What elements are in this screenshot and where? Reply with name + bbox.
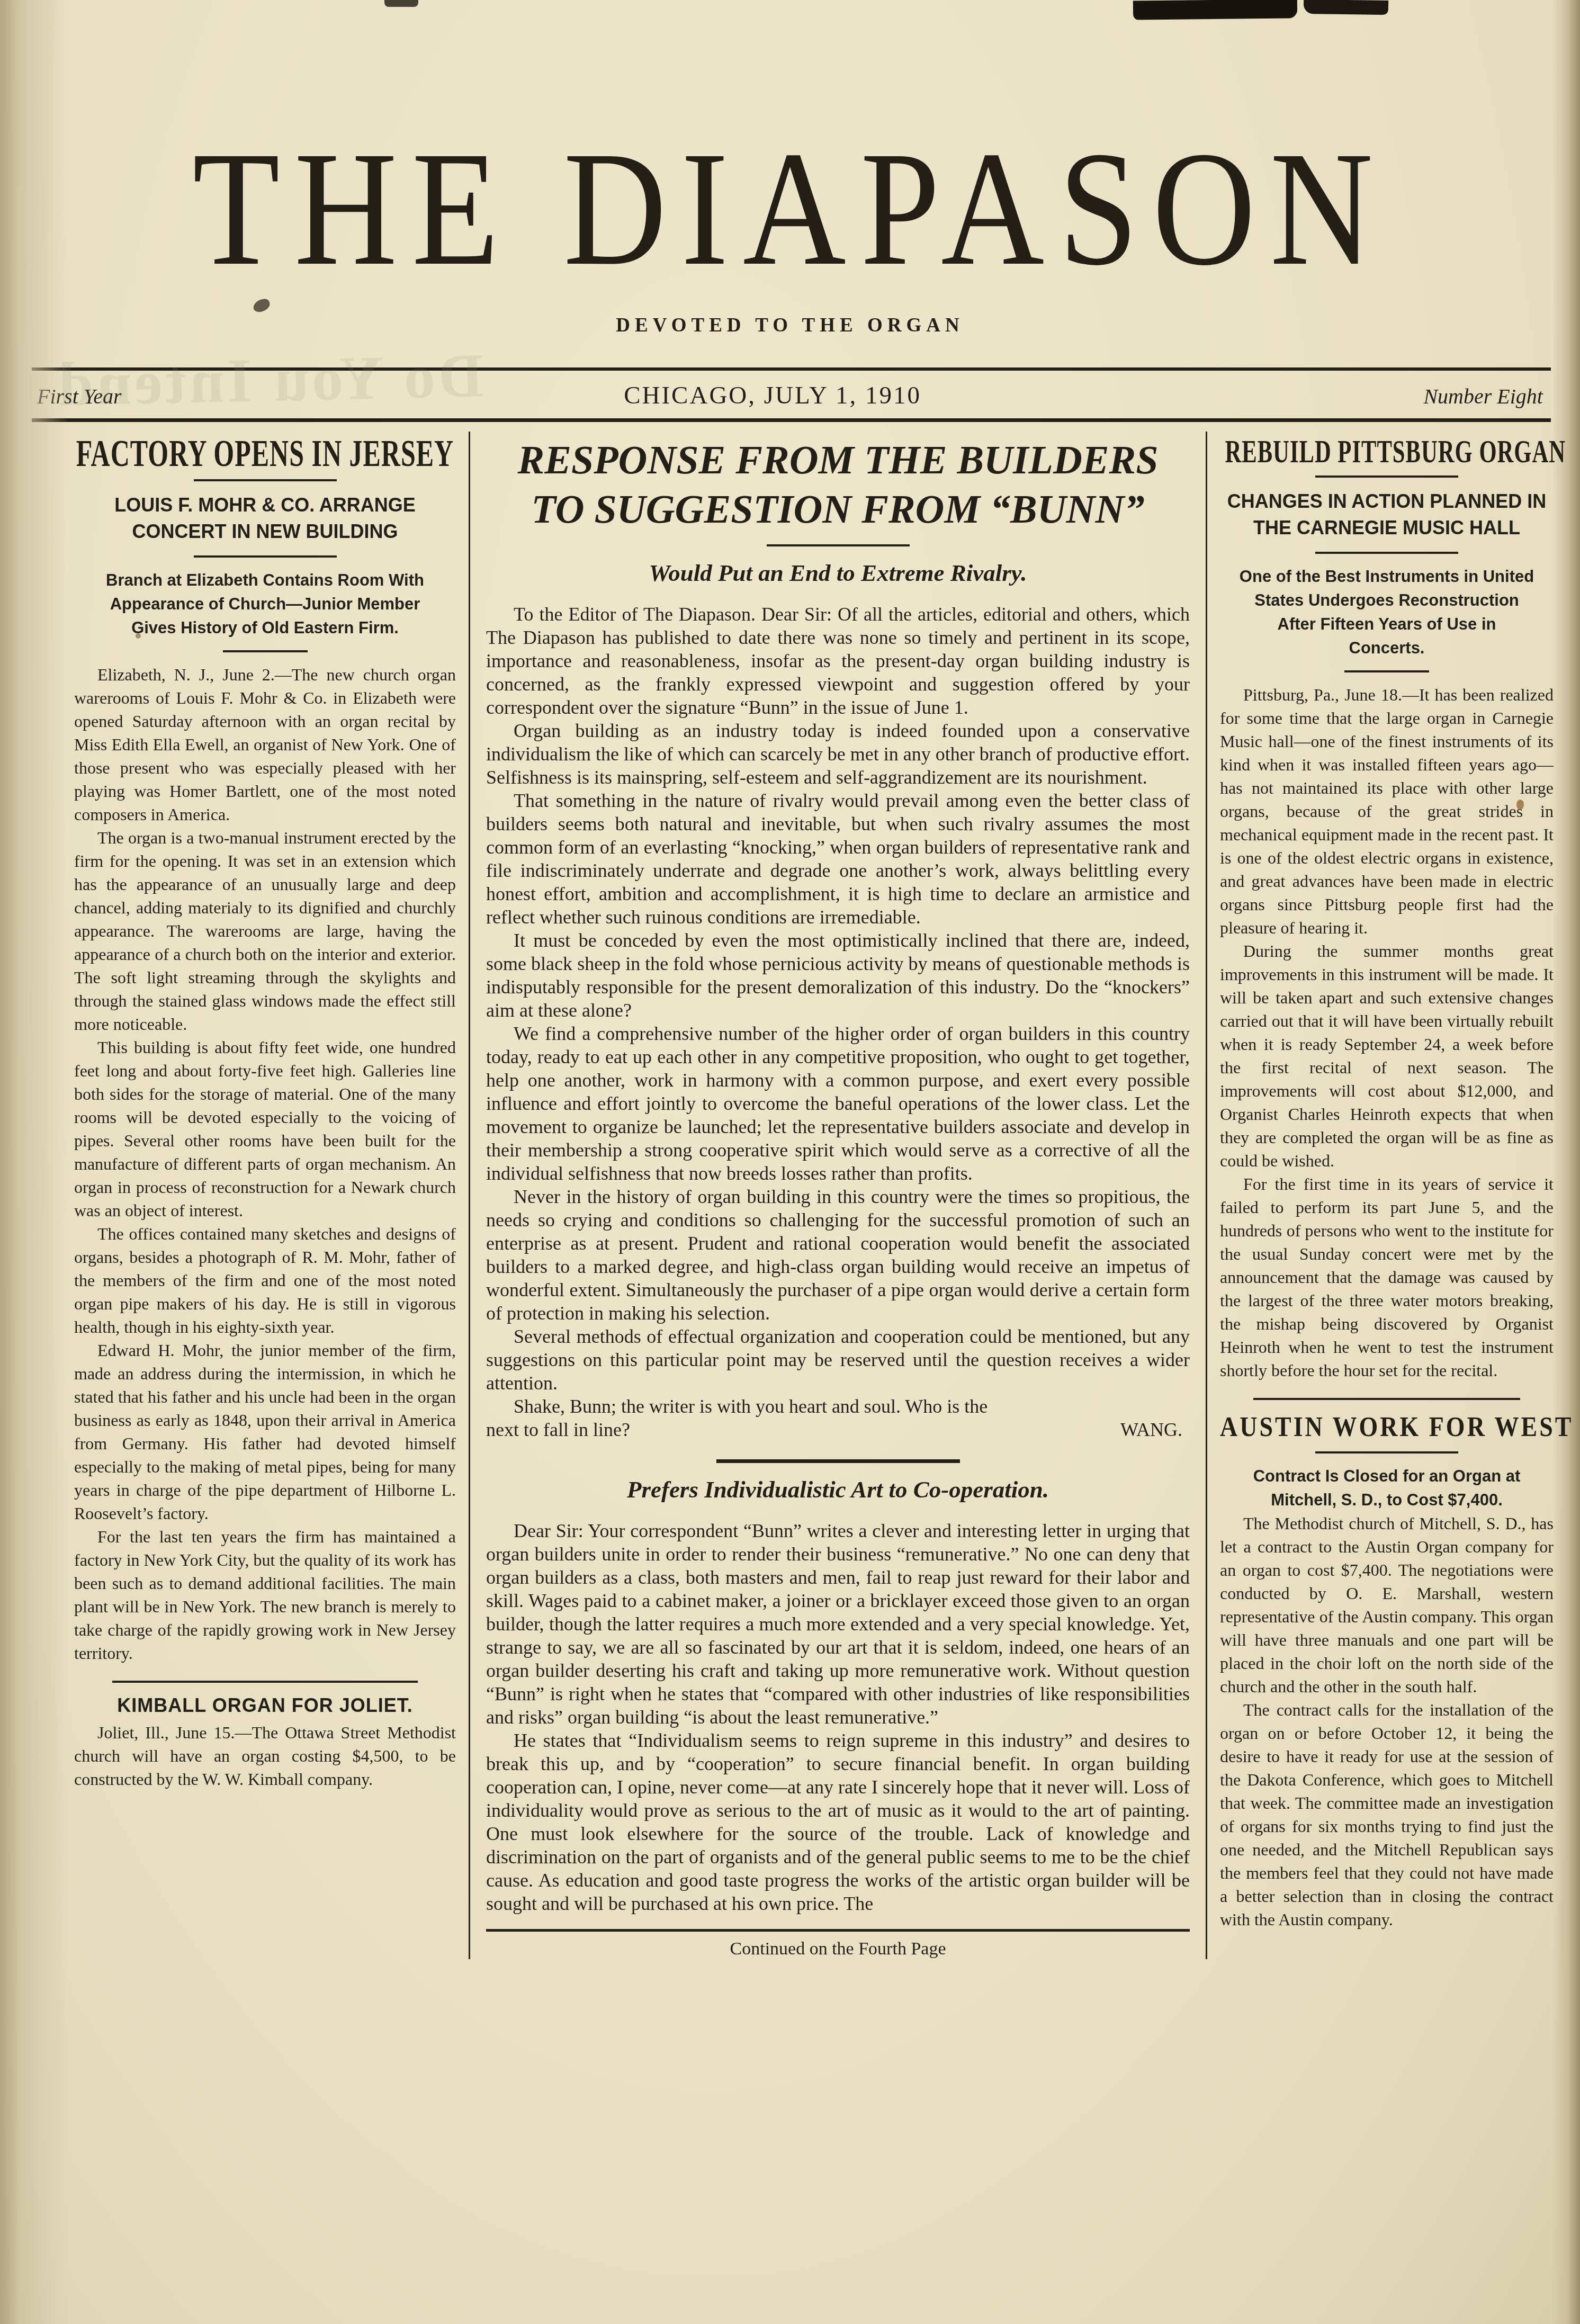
divider-rule	[223, 650, 308, 652]
headline-line-2: TO SUGGESTION FROM “BUNN”	[532, 487, 1145, 532]
paragraph: Several methods of effectual organizatio…	[486, 1325, 1190, 1395]
paper-stain	[1516, 800, 1524, 810]
page-columns: FACTORY OPENS IN JERSEY LOUIS F. MOHR & …	[74, 432, 1559, 1959]
paragraph: Dear Sir: Your correspondent “Bunn” writ…	[486, 1519, 1190, 1729]
paragraph: The Methodist church of Mitchell, S. D.,…	[1220, 1512, 1554, 1698]
substory-body: Joliet, Ill., June 15.—The Ottawa Street…	[74, 1721, 456, 1791]
paragraph: This building is about fifty feet wide, …	[74, 1036, 456, 1222]
substory-body: The Methodist church of Mitchell, S. D.,…	[1220, 1512, 1554, 1931]
paragraph: Shake, Bunn; the writer is with you hear…	[486, 1395, 1190, 1418]
paragraph: For the first time in its years of servi…	[1220, 1172, 1554, 1382]
divider-rule	[767, 544, 910, 546]
substory-headline: KIMBALL ORGAN FOR JOLIET.	[74, 1694, 456, 1717]
newspaper-page: Do You Intend THE DIAPASON DEVOTED TO TH…	[0, 0, 1580, 2324]
paragraph: We find a comprehensive number of the hi…	[486, 1022, 1190, 1185]
scanner-mark	[1304, 0, 1388, 15]
newspaper-tagline: DEVOTED TO THE ORGAN	[0, 314, 1580, 337]
paragraph: The organ is a two-manual instrument ere…	[74, 826, 456, 1036]
headline-line-1: RESPONSE FROM THE BUILDERS	[518, 438, 1159, 482]
divider-rule	[1315, 475, 1458, 478]
divider-rule	[1315, 1451, 1458, 1453]
paragraph: The offices contained many sketches and …	[74, 1222, 456, 1339]
newspaper-title: THE DIAPASON	[0, 111, 1580, 308]
letter-body: Dear Sir: Your correspondent “Bunn” writ…	[486, 1519, 1190, 1915]
masthead: THE DIAPASON DEVOTED TO THE ORGAN	[0, 130, 1580, 337]
paragraph: Never in the history of organ building i…	[486, 1185, 1190, 1325]
paragraph: During the summer months great improveme…	[1220, 939, 1554, 1172]
article-subhead: LOUIS F. MOHR & CO. ARRANGE CONCERT IN N…	[77, 492, 453, 545]
scanner-mark	[1133, 0, 1297, 20]
paragraph: It must be conceded by even the most opt…	[486, 929, 1190, 1022]
divider-rule	[1344, 670, 1429, 672]
divider-rule	[1253, 1398, 1520, 1400]
article-deck: Branch at Elizabeth Contains Room With A…	[92, 568, 438, 640]
edition-number: Number Eight	[1423, 384, 1543, 409]
substory-headline: AUSTIN WORK FOR WEST	[1220, 1411, 1554, 1443]
paragraph: That something in the nature of rivalry …	[486, 789, 1190, 929]
paragraph: For the last ten years the firm has main…	[74, 1525, 456, 1665]
article-deck: One of the Best Instruments in United St…	[1238, 564, 1536, 660]
article-subhead: CHANGES IN ACTION PLANNED IN THE CARNEGI…	[1223, 488, 1550, 541]
article-headline: REBUILD PITTSBURG ORGAN	[1225, 433, 1548, 470]
letter-signoff: next to fall in line? WANG.	[486, 1418, 1190, 1441]
showthrough-ghost-text: Do You Intend	[55, 340, 484, 421]
divider-rule	[1315, 552, 1458, 554]
divider-rule	[194, 555, 337, 558]
paragraph: To the Editor of The Diapason. Dear Sir:…	[486, 603, 1190, 719]
ink-blot	[136, 633, 141, 639]
article-response-from-builders: RESPONSE FROM THE BUILDERS TO SUGGESTION…	[469, 432, 1207, 1959]
divider-rule	[716, 1459, 960, 1463]
article-body: Pittsburg, Pa., June 18.—It has been rea…	[1220, 683, 1554, 1382]
letter-crosshead: Prefers Individualistic Art to Co-operat…	[486, 1476, 1190, 1503]
article-headline: FACTORY OPENS IN JERSEY	[74, 432, 456, 475]
signoff-question: next to fall in line?	[486, 1418, 630, 1441]
divider-rule	[112, 1681, 418, 1683]
continued-notice: Continued on the Fourth Page	[486, 1939, 1190, 1959]
article-rebuild-pittsburg-organ: REBUILD PITTSBURG ORGAN CHANGES IN ACTIO…	[1207, 432, 1557, 1959]
paragraph: Organ building as an industry today is i…	[486, 719, 1190, 789]
letter-crosshead: Would Put an End to Extreme Rivalry.	[486, 559, 1190, 587]
page-edge-shadow	[1552, 0, 1580, 2324]
paragraph: Edward H. Mohr, the junior member of the…	[74, 1339, 456, 1525]
article-headline: RESPONSE FROM THE BUILDERS TO SUGGESTION…	[486, 436, 1190, 534]
divider-rule	[32, 418, 1551, 422]
divider-rule	[194, 479, 337, 481]
letter-body: To the Editor of The Diapason. Dear Sir:…	[486, 603, 1190, 1418]
paragraph: He states that “Individualism seems to r…	[486, 1729, 1190, 1915]
scanner-mark	[384, 0, 418, 7]
substory-deck: Contract Is Closed for an Organ at Mitch…	[1238, 1464, 1536, 1512]
paragraph: Pittsburg, Pa., June 18.—It has been rea…	[1220, 683, 1554, 939]
article-body: Elizabeth, N. J., June 2.—The new church…	[74, 663, 456, 1665]
paragraph: Elizabeth, N. J., June 2.—The new church…	[74, 663, 456, 826]
divider-rule	[486, 1929, 1190, 1932]
dateline: CHICAGO, JULY 1, 1910	[624, 381, 921, 410]
signoff-signature: WANG.	[1120, 1418, 1182, 1441]
paragraph: Joliet, Ill., June 15.—The Ottawa Street…	[74, 1721, 456, 1791]
paragraph: The contract calls for the installation …	[1220, 1698, 1554, 1931]
article-factory-opens-in-jersey: FACTORY OPENS IN JERSEY LOUIS F. MOHR & …	[74, 432, 469, 1959]
